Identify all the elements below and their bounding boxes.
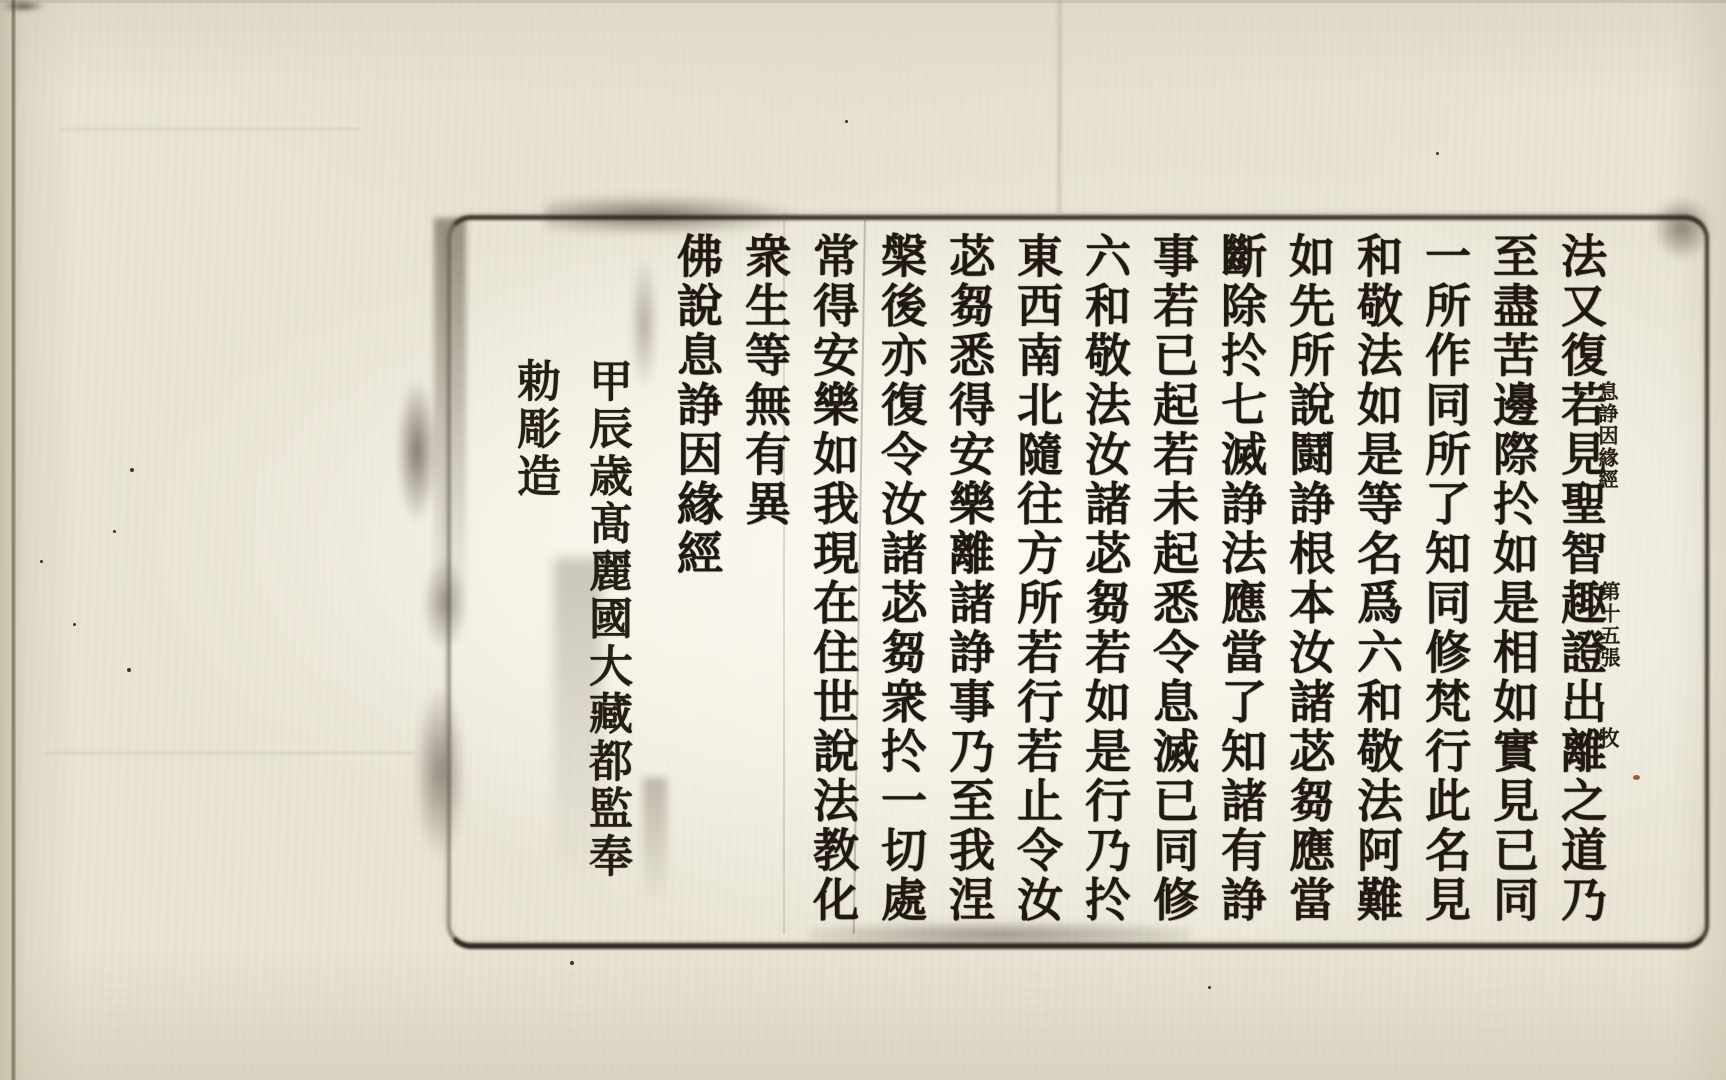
end-title-column: 佛說息諍因緣經 (663, 232, 731, 932)
paper-speck (845, 120, 848, 123)
text-column-12: 常得安樂如我現在住世說法教化 (799, 232, 867, 932)
running-title-note: 息諍因緣經 (1593, 381, 1622, 491)
colophon-line-1: 甲辰歳髙麗國大藏都監奉 (570, 358, 642, 898)
text-column-13: 衆生等無有異 (731, 232, 799, 932)
text-column-3: 一所作同所了知同修梵行此名見 (1411, 232, 1479, 932)
text-column-7: 事若已起若未起悉令息滅已同修 (1139, 232, 1207, 932)
sheet-number-note: 第十五張 (1595, 581, 1624, 669)
paper-speck (570, 961, 574, 965)
text-column-2: 至盡苦邊際扵如是相如實見已同 (1479, 232, 1547, 932)
paper-speck (127, 668, 131, 672)
paper-top-edge (0, 0, 1726, 3)
case-character-note: 牧 (1593, 727, 1623, 748)
text-column-11: 槃後亦復令汝諸苾芻衆扵一切處 (867, 232, 935, 932)
paper-speck (130, 468, 134, 472)
text-column-10: 苾芻悉得安樂離諸諍事乃至我涅 (935, 232, 1003, 932)
text-column-4: 和敬法如是等名爲六和敬法阿難 (1343, 232, 1411, 932)
paper-speck (1436, 152, 1439, 155)
text-column-9: 東西南北隨往方所若行若止令汝 (1003, 232, 1071, 932)
paper-speck (1208, 986, 1211, 989)
text-column-6: 斷除扵七滅諍法應當了知諸有諍 (1207, 232, 1275, 932)
paper-speck (40, 560, 43, 563)
colophon-line-2: 勅彫造 (498, 358, 570, 898)
paper-left-edge (11, 0, 16, 1080)
corner-smudge (0, 0, 46, 12)
paper-speck (113, 530, 116, 533)
text-column-8: 六和敬法汝諸苾芻若如是行乃扵 (1071, 232, 1139, 932)
paper-speck (1633, 775, 1640, 780)
text-column-5: 如先所說鬪諍根本汝諸苾芻應當 (1275, 232, 1343, 932)
colophon: 甲辰歳髙麗國大藏都監奉 勅彫造 (498, 358, 642, 898)
sutra-text-block: 法又復若見聖智趣證出離之道乃 至盡苦邊際扵如是相如實見已同 一所作同所了知同修梵… (663, 232, 1615, 932)
paper-speck (73, 623, 76, 626)
